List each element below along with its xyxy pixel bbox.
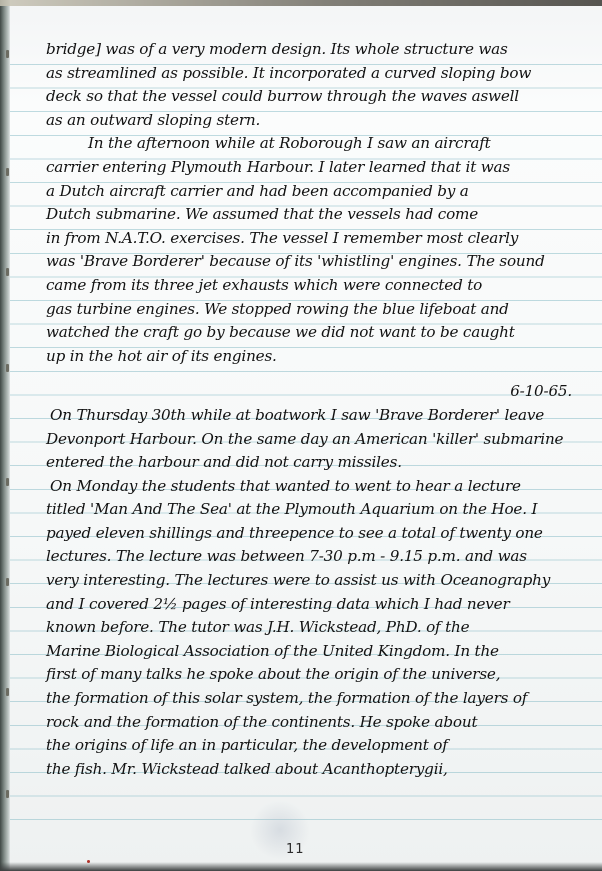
- margin-rule: [9, 0, 10, 871]
- binding-mark: [6, 268, 9, 276]
- text-line: titled 'Man And The Sea' at the Plymouth…: [46, 498, 594, 522]
- text-line: In the afternoon while at Roborough I sa…: [46, 132, 594, 156]
- text-line: On Monday the students that wanted to we…: [46, 475, 594, 499]
- bottom-edge-shadow: [0, 862, 602, 871]
- text-line: On Thursday 30th while at boatwork I saw…: [46, 404, 594, 428]
- text-line: bridge] was of a very modern design. Its…: [46, 38, 594, 62]
- text-line: gas turbine engines. We stopped rowing t…: [46, 298, 594, 322]
- binding-mark: [6, 578, 9, 586]
- text-line: watched the craft go by because we did n…: [46, 321, 594, 345]
- text-line: first of many talks he spoke about the o…: [46, 663, 594, 687]
- text-line: entered the harbour and did not carry mi…: [46, 451, 594, 475]
- text-line: as an outward sloping stern.: [46, 109, 594, 133]
- text-line: as streamlined as possible. It incorpora…: [46, 62, 594, 86]
- text-line: the formation of this solar system, the …: [46, 687, 594, 711]
- text-line: carrier entering Plymouth Harbour. I lat…: [46, 156, 594, 180]
- binding-mark: [6, 364, 9, 372]
- notebook-page: bridge] was of a very modern design. Its…: [0, 0, 602, 871]
- text-line: deck so that the vessel could burrow thr…: [46, 85, 594, 109]
- text-line: Devonport Harbour. On the same day an Am…: [46, 428, 594, 452]
- text-line: Dutch submarine. We assumed that the ves…: [46, 203, 594, 227]
- entry-date: 6-10-65.: [46, 380, 594, 404]
- text-line: Marine Biological Association of the Uni…: [46, 640, 594, 664]
- text-line: in from N.A.T.O. exercises. The vessel I…: [46, 227, 594, 251]
- text-line: payed eleven shillings and threepence to…: [46, 522, 594, 546]
- top-edge-shadow: [0, 0, 602, 6]
- binding-mark: [6, 688, 9, 696]
- text-line: very interesting. The lectures were to a…: [46, 569, 594, 593]
- text-line: the origins of life an in particular, th…: [46, 734, 594, 758]
- text-line: lectures. The lecture was between 7-30 p…: [46, 545, 594, 569]
- text-line: rock and the formation of the continents…: [46, 711, 594, 735]
- text-line: the fish. Mr. Wickstead talked about Aca…: [46, 758, 594, 782]
- notebook-binding-edge: [0, 0, 9, 871]
- text-line: came from its three jet exhausts which w…: [46, 274, 594, 298]
- binding-mark: [6, 478, 9, 486]
- text-line: and I covered 2½ pages of interesting da…: [46, 593, 594, 617]
- binding-mark: [6, 168, 9, 176]
- page-number: 11: [286, 842, 305, 857]
- text-line: up in the hot air of its engines.: [46, 345, 594, 369]
- text-line: was 'Brave Borderer' because of its 'whi…: [46, 250, 594, 274]
- handwritten-text: bridge] was of a very modern design. Its…: [46, 38, 594, 781]
- text-line: known before. The tutor was J.H. Wickste…: [46, 616, 594, 640]
- text-line: a Dutch aircraft carrier and had been ac…: [46, 180, 594, 204]
- binding-mark: [6, 50, 9, 58]
- binding-mark: [6, 790, 9, 798]
